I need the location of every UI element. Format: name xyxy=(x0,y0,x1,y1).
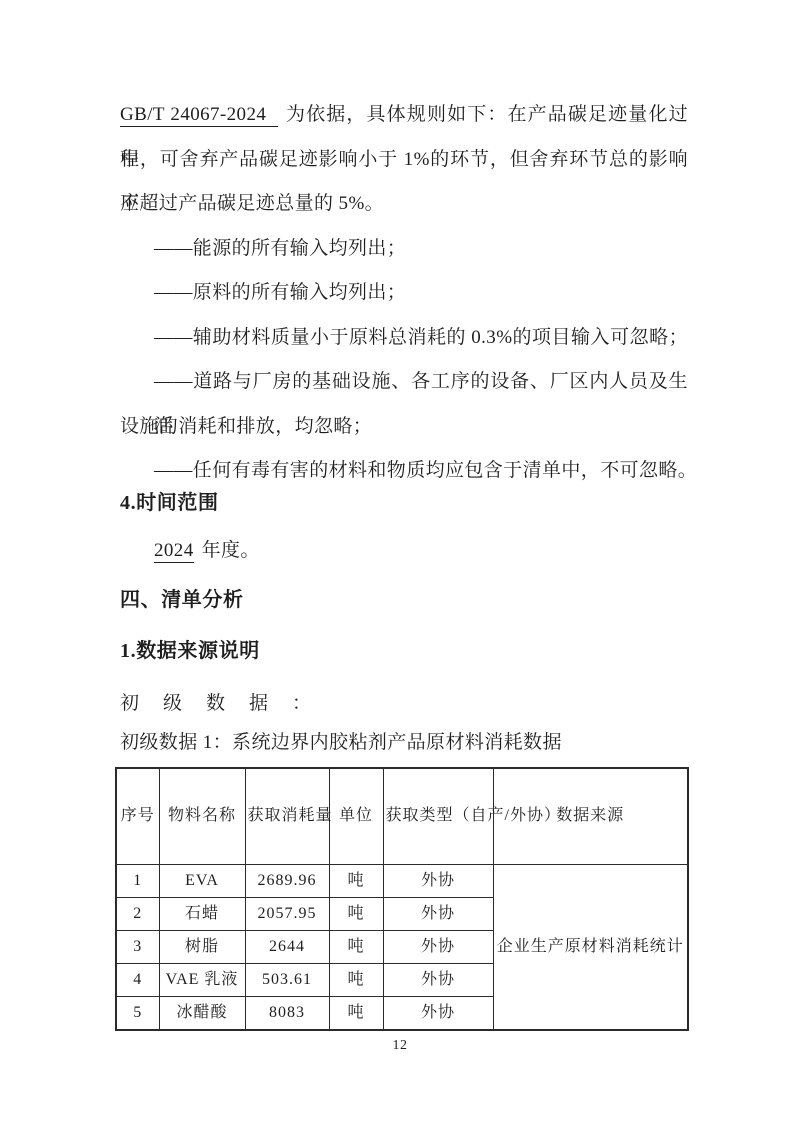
cell-material: 树脂 xyxy=(159,930,245,963)
cell-type: 外协 xyxy=(383,864,493,897)
cell-type: 外协 xyxy=(383,996,493,1030)
primary-data-table: 序号 物料名称 获取消耗量 单位 获取类型（自产/外协） 数据来源 1 EVA … xyxy=(115,767,689,1031)
heading-data-source: 1.数据来源说明 xyxy=(120,629,688,674)
cell-unit: 吨 xyxy=(329,963,383,996)
bullet-item: ——能源的所有输入均列出； xyxy=(120,227,688,272)
bullet-item-continuation: 设施的消耗和排放，均忽略； xyxy=(120,405,688,450)
bullet-item: ——辅助材料质量小于原料总消耗的 0.3%的项目输入可忽略； xyxy=(120,316,688,361)
header-unit: 单位 xyxy=(329,768,383,864)
cell-index: 1 xyxy=(116,864,159,897)
table-row: 1 EVA 2689.96 吨 外协 企业生产原材料消耗统计 xyxy=(116,864,688,897)
cell-amount: 503.61 xyxy=(245,963,329,996)
header-material: 物料名称 xyxy=(159,768,245,864)
document-page: GB/T 24067-2024为依据，具体规则如下：在产品碳足迹量化过程 中，可… xyxy=(0,0,800,1131)
bullet-item: ——道路与厂房的基础设施、各工序的设备、厂区内人员及生活 xyxy=(120,360,688,405)
cell-index: 5 xyxy=(116,996,159,1030)
table-header-row: 序号 物料名称 获取消耗量 单位 获取类型（自产/外协） 数据来源 xyxy=(116,768,688,864)
cell-amount: 2644 xyxy=(245,930,329,963)
paragraph-line: 应超过产品碳足迹总量的 5%。 xyxy=(120,182,688,227)
cell-data-source-merged: 企业生产原材料消耗统计 xyxy=(493,864,688,1030)
heading-inventory-analysis: 四、清单分析 xyxy=(120,578,688,623)
page-number: 12 xyxy=(0,1038,800,1054)
cell-material: VAE 乳液 xyxy=(159,963,245,996)
time-scope-value: 2024年度。 xyxy=(120,529,688,574)
cell-type: 外协 xyxy=(383,930,493,963)
standard-reference-underlined: GB/T 24067-2024 xyxy=(120,104,278,127)
cell-amount: 2689.96 xyxy=(245,864,329,897)
table-caption: 初级数据 1：系统边界内胶粘剂产品原材料消耗数据 xyxy=(120,721,688,766)
cell-material: EVA xyxy=(159,864,245,897)
header-index: 序号 xyxy=(116,768,159,864)
header-type: 获取类型（自产/外协） xyxy=(383,768,493,864)
cell-unit: 吨 xyxy=(329,897,383,930)
cell-unit: 吨 xyxy=(329,930,383,963)
paragraph-line: GB/T 24067-2024为依据，具体规则如下：在产品碳足迹量化过程 xyxy=(120,93,688,138)
cell-material: 冰醋酸 xyxy=(159,996,245,1030)
cell-type: 外协 xyxy=(383,963,493,996)
cell-material: 石蜡 xyxy=(159,897,245,930)
cell-type: 外协 xyxy=(383,897,493,930)
cell-unit: 吨 xyxy=(329,864,383,897)
cell-amount: 2057.95 xyxy=(245,897,329,930)
cell-index: 2 xyxy=(116,897,159,930)
cell-unit: 吨 xyxy=(329,996,383,1030)
cell-amount: 8083 xyxy=(245,996,329,1030)
cell-index: 3 xyxy=(116,930,159,963)
bullet-item: ——原料的所有输入均列出； xyxy=(120,271,688,316)
year-underlined: 2024 xyxy=(154,540,194,563)
year-suffix: 年度。 xyxy=(202,540,260,561)
cell-index: 4 xyxy=(116,963,159,996)
header-amount: 获取消耗量 xyxy=(245,768,329,864)
paragraph-line: 中，可舍弃产品碳足迹影响小于 1%的环节，但舍弃环节总的影响不 xyxy=(120,138,688,183)
document-content: GB/T 24067-2024为依据，具体规则如下：在产品碳足迹量化过程 中，可… xyxy=(120,0,688,1031)
